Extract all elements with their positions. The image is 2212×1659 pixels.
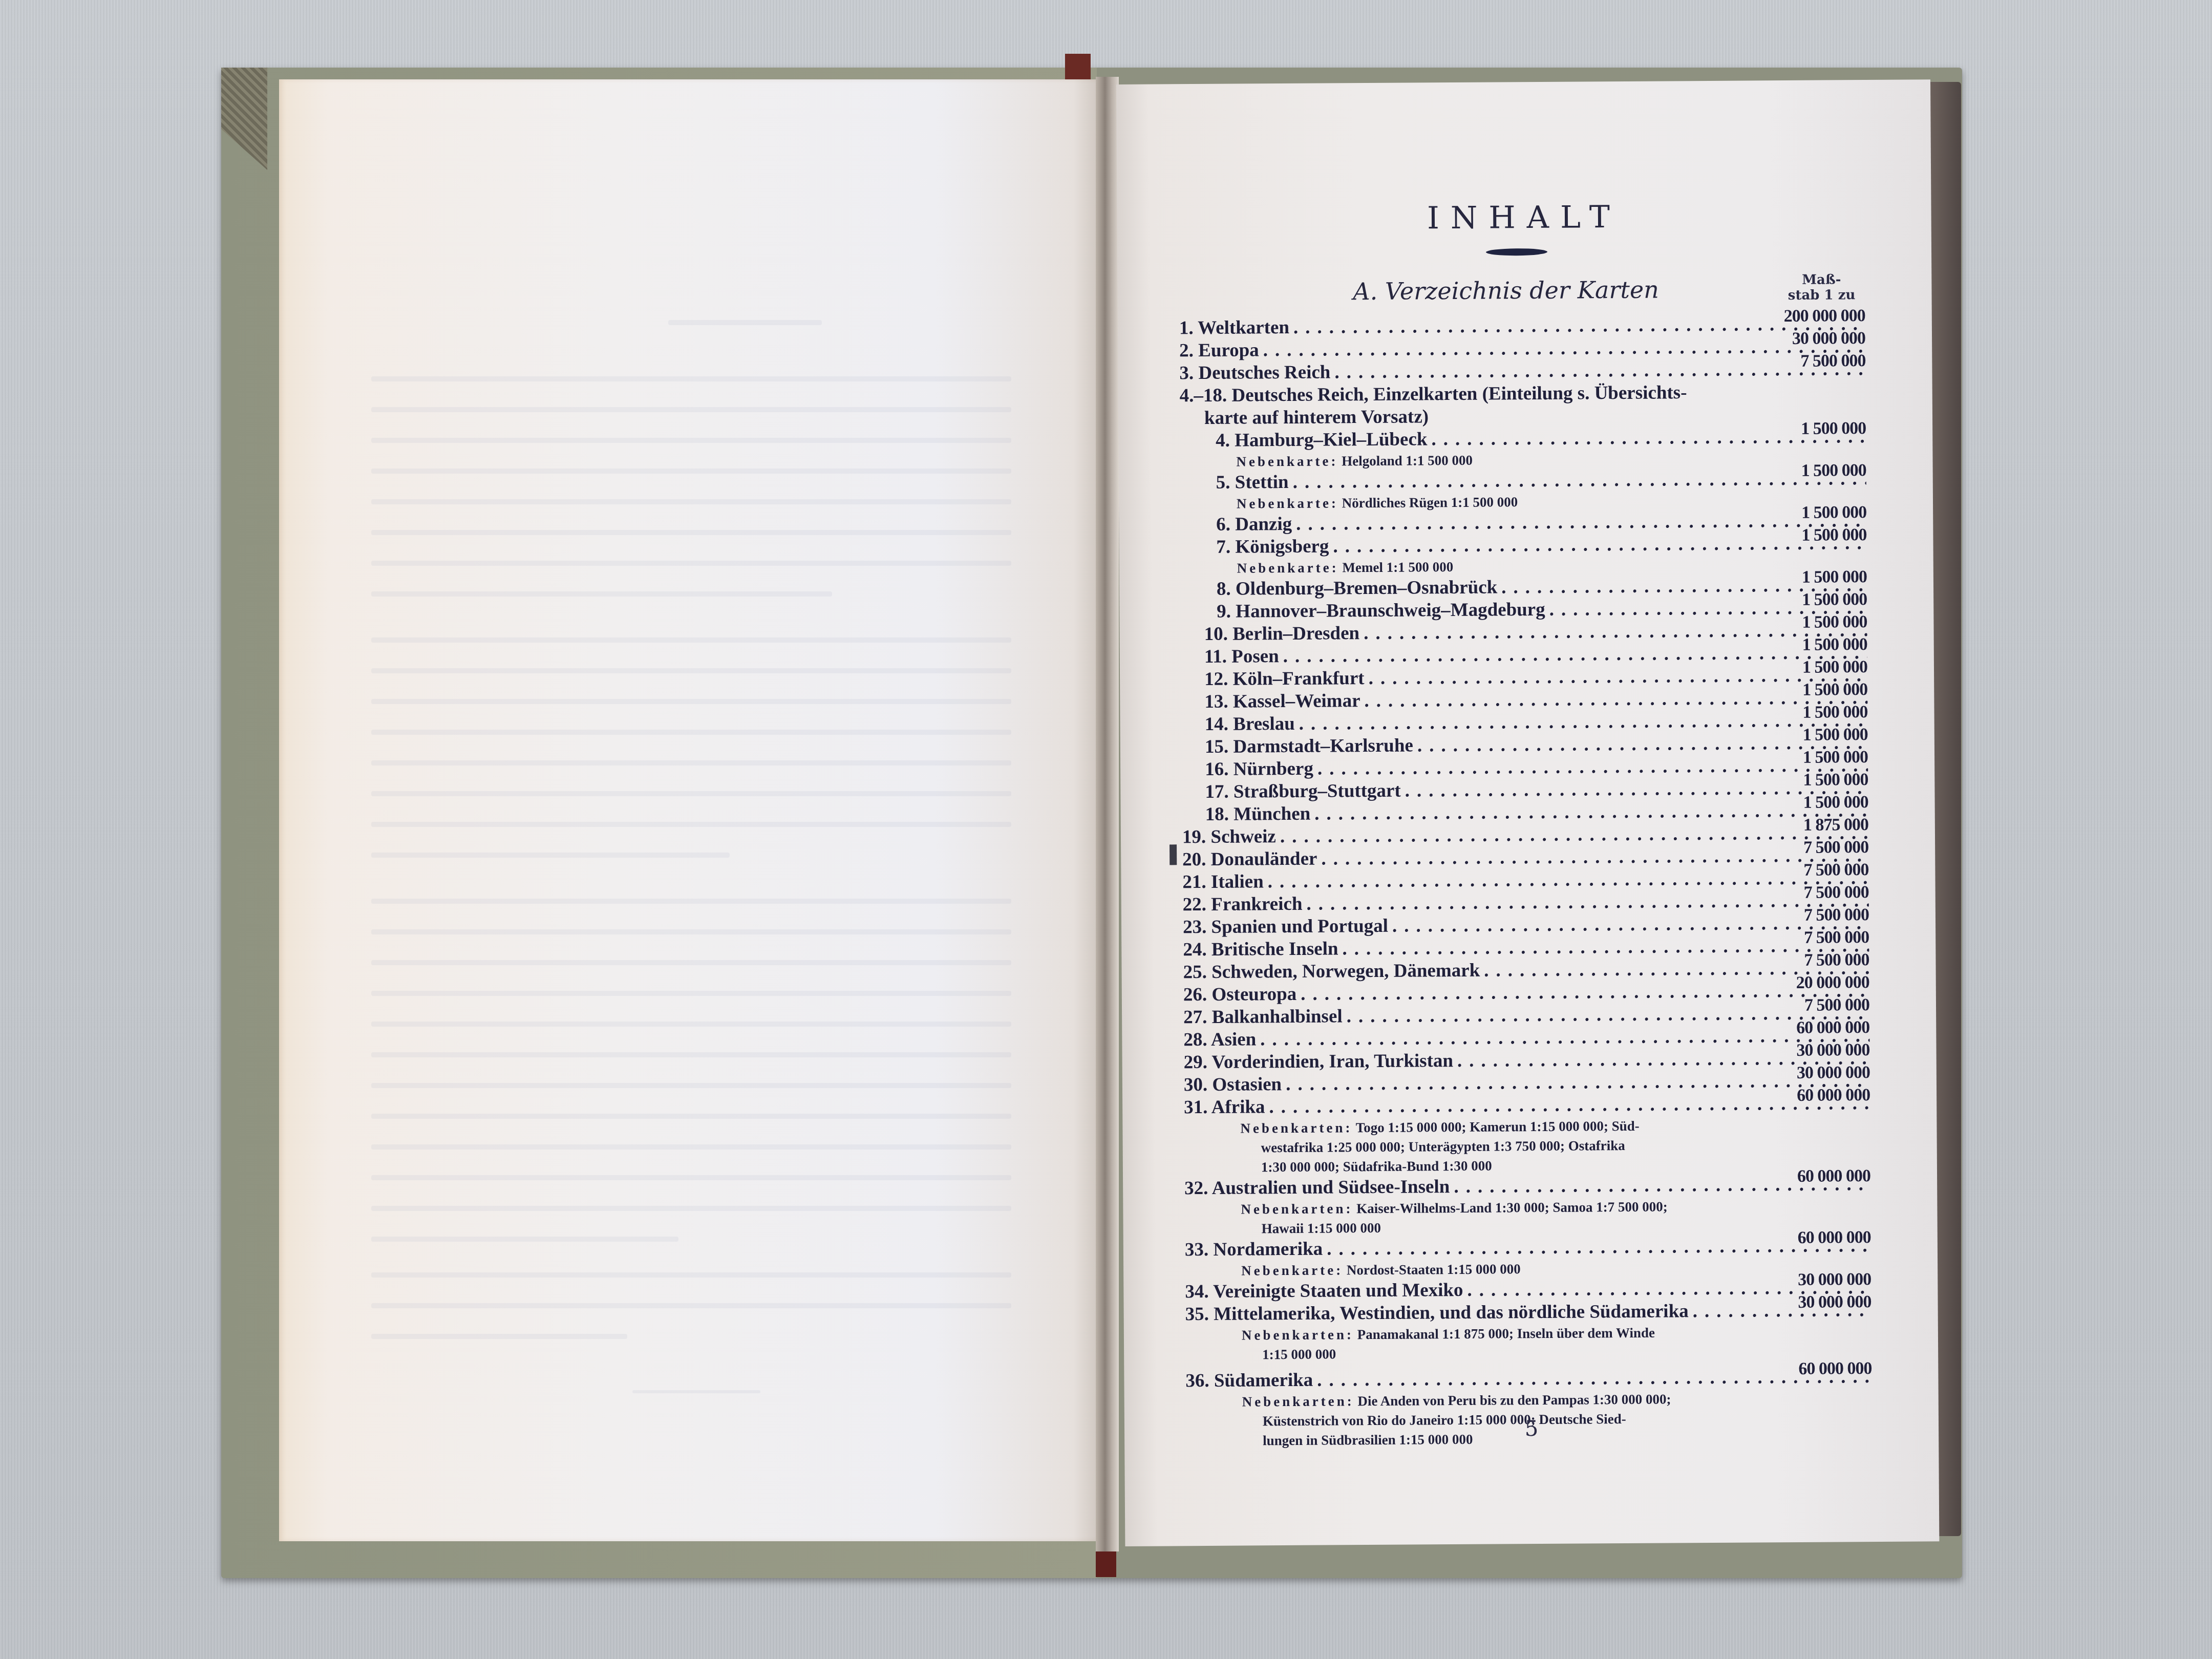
show-through-line (371, 991, 1011, 996)
leader-dots: ........................................… (1268, 867, 1869, 893)
entry-scale: 1 500 000 (1780, 566, 1867, 589)
entry-label: 30. Ostasien (1184, 1073, 1286, 1096)
scale-header-line2: stab 1 zu (1783, 287, 1860, 303)
entry-label: 13. Kassel–Weimar (1181, 690, 1364, 713)
show-through-line (371, 730, 1011, 735)
entry-scale: 1 500 000 (1780, 633, 1867, 656)
entry-scale: 60 000 000 (1784, 1226, 1871, 1249)
note-text: Kaiser-Wilhelms-Land 1:30 000; Samoa 1:7… (1356, 1199, 1668, 1216)
entry-label: 33. Nordamerika (1185, 1238, 1327, 1262)
entry-label: 26. Osteuropa (1183, 983, 1301, 1006)
show-through-line (371, 561, 1011, 566)
entry-scale: 1 500 000 (1779, 459, 1866, 482)
show-through-line (371, 1237, 678, 1242)
toc-entry-group: 4.–18. Deutsches Reich, Einzelkarten (Ei… (1180, 380, 1866, 407)
entry-label: 4. Hamburg–Kiel–Lübeck (1180, 428, 1431, 452)
entry-label: 22. Frankreich (1183, 893, 1307, 916)
entry-label: 12. Köln–Frankfurt (1181, 667, 1369, 691)
entry-scale: 30 000 000 (1783, 1061, 1870, 1084)
entry-label: 16. Nürnberg (1182, 758, 1317, 781)
toc-entry: 31. Afrika .............................… (1184, 1092, 1870, 1119)
show-through-line (371, 791, 1011, 796)
entry-scale: 30 000 000 (1782, 1039, 1869, 1062)
entry-note: Nebenkarten: Togo 1:15 000 000; Kamerun … (1184, 1115, 1870, 1177)
entry-scale: 7 500 000 (1781, 836, 1868, 859)
note-prefix: Nebenkarte: (1236, 453, 1338, 469)
note-text: Nördliches Rügen 1:1 500 000 (1342, 494, 1518, 511)
note-text: Togo 1:15 000 000; Kamerun 1:15 000 000;… (1356, 1118, 1640, 1135)
entry-scale: 60 000 000 (1783, 1084, 1870, 1107)
show-through-line (371, 899, 1011, 904)
note-prefix: Nebenkarten: (1242, 1327, 1354, 1343)
entry-scale: 60 000 000 (1784, 1357, 1871, 1380)
entry-label: 35. Mittelamerika, Westindien, und das n… (1185, 1300, 1693, 1326)
table-of-contents: 1. Weltkarten ..........................… (1179, 313, 1872, 1451)
entry-scale: 7 500 000 (1782, 881, 1869, 904)
entry-label: 36. Südamerika (1185, 1369, 1317, 1393)
show-through-line (371, 376, 1011, 381)
entry-scale: 30 000 000 (1778, 327, 1865, 350)
entry-scale: 7 500 000 (1781, 859, 1868, 882)
note-continuation: 1:15 000 000 (1242, 1342, 1779, 1364)
entry-label: 32. Australien und Südsee-Inseln (1184, 1176, 1454, 1200)
show-through-line (371, 699, 1011, 704)
entry-scale: 60 000 000 (1783, 1165, 1870, 1188)
entry-label: 27. Balkanhalbinsel (1183, 1005, 1347, 1029)
entry-scale: 7 500 000 (1782, 926, 1869, 949)
entry-scale: 1 500 000 (1779, 501, 1866, 524)
show-through-line (371, 469, 1011, 474)
note-prefix: Nebenkarte: (1237, 495, 1338, 511)
section-title: A. Verzeichnis der Karten (1353, 276, 1659, 306)
entry-scale: 60 000 000 (1782, 1016, 1869, 1039)
show-through-line (371, 929, 1011, 934)
entry-label: 3. Deutsches Reich (1179, 361, 1334, 385)
show-through-line (371, 1083, 1011, 1088)
note-text: Nordost-Staaten 1:15 000 000 (1347, 1261, 1521, 1278)
entry-scale: 7 500 000 (1782, 904, 1869, 927)
show-through-line (371, 407, 1011, 412)
show-through-line (371, 1022, 1011, 1027)
entry-label: 14. Breslau (1182, 713, 1299, 736)
note-continuation: 1:30 000 000; Südafrika-Bund 1:30 000 (1241, 1154, 1778, 1177)
entry-label: 23. Spanien und Portugal (1183, 915, 1392, 939)
page-title: INHALT (1117, 197, 1931, 238)
entry-label: 18. München (1182, 803, 1315, 826)
entry-scale: 200 000 000 (1778, 305, 1865, 328)
entry-label: 15. Darmstadt–Karlsruhe (1182, 734, 1417, 758)
entry-label: 34. Vereinigte Staaten und Mexiko (1185, 1279, 1467, 1303)
show-through-line (371, 637, 1011, 643)
show-through-line (371, 1144, 1011, 1150)
entry-scale: 30 000 000 (1784, 1291, 1871, 1314)
note-prefix: Nebenkarten: (1241, 1201, 1353, 1217)
show-through-heading (668, 320, 822, 325)
entry-note: Nebenkarten: Kaiser-Wilhelms-Land 1:30 0… (1184, 1196, 1870, 1239)
entry-scale: 1 500 000 (1781, 724, 1868, 747)
show-through-line (371, 1334, 627, 1339)
note-prefix: Nebenkarte: (1241, 1262, 1343, 1278)
book-gutter (1096, 77, 1119, 1551)
show-through-line (371, 853, 730, 858)
show-through-line (371, 438, 1011, 443)
entry-scale: 7 500 000 (1782, 949, 1869, 972)
entry-label: 2. Europa (1179, 339, 1263, 362)
margin-mark (1169, 844, 1177, 865)
page-number: 5 (1124, 1413, 1939, 1443)
entry-label: 6. Danzig (1180, 513, 1296, 536)
entry-scale: 1 875 000 (1781, 814, 1868, 837)
toc-entry: 35. Mittelamerika, Westindien, und das n… (1185, 1299, 1871, 1326)
entry-scale: 7 500 000 (1778, 350, 1865, 373)
leader-dots: ........................................… (1280, 822, 1868, 848)
leader-dots: ........................................… (1263, 335, 1866, 361)
note-continuation: westafrika 1:25 000 000; Unterägypten 1:… (1241, 1135, 1778, 1157)
entry-scale: 1 500 000 (1779, 524, 1866, 547)
entry-scale: 7 500 000 (1782, 994, 1869, 1017)
entry-scale: 1 500 000 (1781, 791, 1868, 814)
entry-note: Nebenkarten: Panamakanal 1:1 875 000; In… (1185, 1322, 1871, 1365)
entry-label: 28. Asien (1183, 1028, 1260, 1051)
entry-scale: 1 500 000 (1781, 769, 1868, 792)
entry-label: 21. Italien (1182, 870, 1268, 894)
entry-label: 31. Afrika (1184, 1096, 1269, 1119)
entry-label: 20. Donauländer (1182, 848, 1321, 871)
show-through-line (371, 1175, 1011, 1180)
show-through-line (371, 499, 1011, 504)
toc-entry: 4. Hamburg–Kiel–Lübeck .................… (1180, 426, 1866, 452)
note-prefix: Nebenkarte: (1237, 560, 1339, 576)
entry-scale: 1 500 000 (1780, 701, 1867, 724)
toc-entry: 7. Königsberg ..........................… (1180, 532, 1866, 559)
entry-label: 7. Königsberg (1180, 535, 1333, 559)
scale-column-header: Maß- stab 1 zu (1783, 272, 1860, 303)
show-through-line (371, 1272, 1011, 1278)
entry-scale: 1 500 000 (1781, 746, 1868, 769)
entry-label: 24. Britische Inseln (1183, 938, 1342, 961)
toc-entry: 5. Stettin .............................… (1180, 467, 1866, 494)
toc-entry: 32. Australien und Südsee-Inseln .......… (1184, 1173, 1870, 1200)
toc-entry: 36. Südamerika .........................… (1185, 1366, 1871, 1392)
toc-entry: 33. Nordamerika ........................… (1185, 1235, 1871, 1261)
note-text: Die Anden von Peru bis zu den Pampas 1:3… (1357, 1391, 1671, 1409)
show-through-line (371, 960, 1011, 965)
entry-label: 19. Schweiz (1182, 825, 1280, 848)
entry-label: 9. Hannover–Braunschweig–Magdeburg (1181, 599, 1549, 623)
note-text: Helgoland 1:1 500 000 (1342, 453, 1473, 469)
right-page: INHALT A. Verzeichnis der Karten Maß- st… (1116, 79, 1939, 1546)
note-continuation: Hawaii 1:15 000 000 (1241, 1216, 1779, 1238)
note-prefix: Nebenkarten: (1240, 1120, 1352, 1136)
entry-label: 4.–18. Deutsches Reich, Einzelkarten (Ei… (1180, 381, 1691, 407)
show-through-line (371, 668, 1011, 673)
show-through-line (371, 591, 832, 597)
leader-dots: ........................................… (1269, 1092, 1870, 1118)
entry-scale: 20 000 000 (1782, 971, 1869, 994)
entry-label: 25. Schweden, Norwegen, Dänemark (1183, 960, 1484, 984)
note-text: Panamakanal 1:1 875 000; Inseln über dem… (1357, 1325, 1655, 1343)
show-through-line (371, 1303, 1011, 1308)
note-prefix: Nebenkarten: (1242, 1393, 1354, 1409)
show-through-rule (632, 1390, 760, 1393)
entry-label: 10. Berlin–Dresden (1181, 622, 1364, 646)
show-through-line (371, 1206, 1011, 1211)
entry-scale: 1 500 000 (1780, 656, 1867, 679)
show-through-line (371, 1114, 1011, 1119)
entry-label: 5. Stettin (1180, 471, 1293, 494)
show-through-line (371, 530, 1011, 535)
entry-label: 8. Oldenburg–Bremen–Osnabrück (1181, 576, 1501, 601)
entry-label: 17. Straßburg–Stuttgart (1182, 780, 1405, 804)
entry-scale: 1 500 000 (1780, 588, 1867, 611)
entry-scale: 1 500 000 (1780, 678, 1867, 701)
entry-scale: 1 500 000 (1779, 417, 1866, 440)
entry-scale: 30 000 000 (1784, 1268, 1871, 1291)
left-page (279, 79, 1098, 1541)
entry-label: 11. Posen (1181, 645, 1283, 668)
scale-header-line1: Maß- (1783, 272, 1860, 288)
entry-label: 1. Weltkarten (1179, 316, 1293, 339)
show-through-line (371, 1052, 1011, 1057)
show-through-line (371, 822, 1011, 827)
note-text: Memel 1:1 500 000 (1342, 559, 1453, 575)
entry-scale: 1 500 000 (1780, 611, 1867, 634)
leader-dots: ........................................… (1260, 1025, 1869, 1051)
title-ornament-icon (1486, 248, 1547, 256)
entry-label: 29. Vorderindien, Iran, Turkistan (1184, 1050, 1458, 1074)
show-through-line (371, 760, 1011, 765)
